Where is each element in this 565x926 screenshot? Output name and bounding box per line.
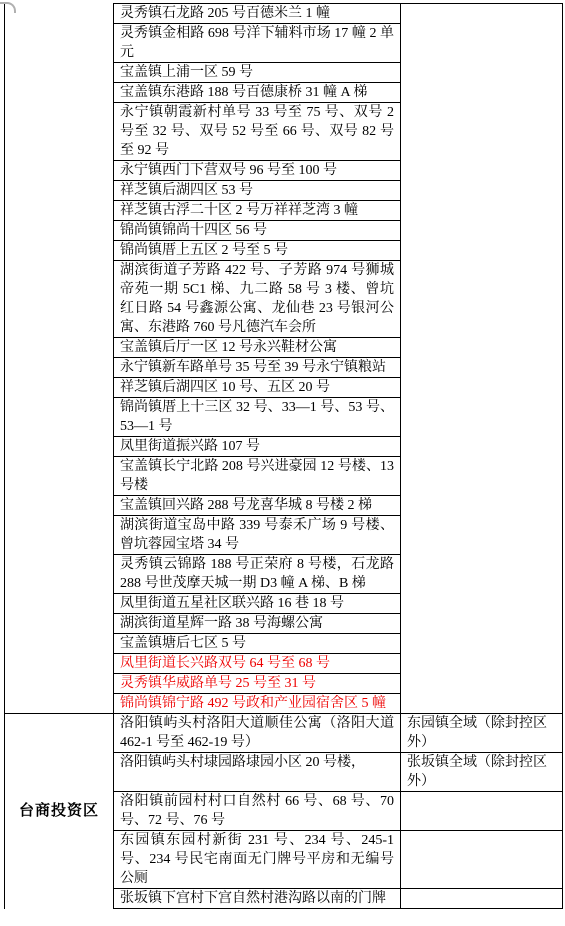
note-cell (401, 792, 563, 831)
address-cell: 湖滨街道星辉一路 38 号海螺公寓 (114, 614, 401, 634)
address-cell: 永宁镇西门下营双号 96 号至 100 号 (114, 161, 401, 181)
district-label: 台商投资区 (5, 714, 114, 909)
table-row: 台商投资区 洛阳镇屿头村洛阳大道顺佳公寓（洛阳大道 462-1 号至 462-1… (5, 714, 563, 753)
address-cell: 祥芝镇后湖四区 10 号、五区 20 号 (114, 378, 401, 398)
note-cell (401, 831, 563, 889)
address-cell-red: 灵秀镇华威路单号 25 号至 31 号 (114, 674, 401, 694)
address-cell-red: 凤里街道长兴路双号 64 号至 68 号 (114, 654, 401, 674)
address-cell: 锦尚镇厝上十三区 32 号、33—1 号、53 号、53—1 号 (114, 398, 401, 437)
address-cell: 祥芝镇后湖四区 53 号 (114, 181, 401, 201)
address-cell: 永宁镇朝霞新村单号 33 号至 75 号、双号 2 号至 32 号、双号 52 … (114, 103, 401, 161)
address-cell: 宝盖镇东港路 188 号百德康桥 31 幢 A 梯 (114, 83, 401, 103)
address-cell: 张坂镇下宫村下宫自然村港沟路以南的门牌 (114, 889, 401, 909)
note-cell-empty (401, 4, 563, 714)
address-cell: 灵秀镇金相路 698 号洋下辅料市场 17 幢 2 单元 (114, 24, 401, 63)
address-cell: 东园镇东园村新街 231 号、234 号、245-1 号、234 号民宅南面无门… (114, 831, 401, 889)
address-cell: 祥芝镇古浮二十区 2 号万祥祥芝湾 3 幢 (114, 201, 401, 221)
address-cell: 永宁镇新车路单号 35 号至 39 号永宁镇粮站 (114, 358, 401, 378)
address-cell: 宝盖镇后厅一区 12 号永兴鞋材公寓 (114, 338, 401, 358)
address-cell: 锦尚镇锦尚十四区 56 号 (114, 221, 401, 241)
address-cell-red: 锦尚镇锦宁路 492 号政和产业园宿舍区 5 幢 (114, 694, 401, 714)
address-cell: 湖滨街道子芳路 422 号、子芳路 974 号狮城帝苑一期 5C1 梯、九二路 … (114, 261, 401, 338)
address-cell: 宝盖镇长宁北路 208 号兴进豪园 12 号楼、13 号楼 (114, 457, 401, 496)
address-cell: 洛阳镇屿头村埭园路埭园小区 20 号楼， (114, 753, 401, 792)
address-cell: 凤里街道振兴路 107 号 (114, 437, 401, 457)
district-cell-empty (5, 4, 114, 714)
address-cell: 宝盖镇塘后七区 5 号 (114, 634, 401, 654)
address-cell: 宝盖镇上浦一区 59 号 (114, 63, 401, 83)
address-cell: 锦尚镇厝上五区 2 号至 5 号 (114, 241, 401, 261)
note-cell: 张坂镇全域（除封控区外） (401, 753, 563, 792)
note-cell (401, 889, 563, 909)
address-cell: 洛阳镇屿头村洛阳大道顺佳公寓（洛阳大道 462-1 号至 462-19 号） (114, 714, 401, 753)
address-cell: 洛阳镇前园村村口自然村 66 号、68 号、70 号、72 号、76 号 (114, 792, 401, 831)
note-cell: 东园镇全域（除封控区外） (401, 714, 563, 753)
address-cell: 灵秀镇石龙路 205 号百德米兰 1 幢 (114, 4, 401, 24)
address-table: 灵秀镇石龙路 205 号百德米兰 1 幢 灵秀镇金相路 698 号洋下辅料市场 … (4, 3, 563, 909)
table-row: 灵秀镇石龙路 205 号百德米兰 1 幢 (5, 4, 563, 24)
document-page: { "colors": { "text": "#000000", "border… (0, 0, 565, 926)
address-cell: 凤里街道五星社区联兴路 16 巷 18 号 (114, 594, 401, 614)
address-cell: 灵秀镇云锦路 188 号正荣府 8 号楼，石龙路 288 号世茂摩天城一期 D3… (114, 555, 401, 594)
address-cell: 湖滨街道宝岛中路 339 号泰禾广场 9 号楼、曾坑蓉园宝塔 34 号 (114, 516, 401, 555)
address-cell: 宝盖镇回兴路 288 号龙喜华城 8 号楼 2 梯 (114, 496, 401, 516)
